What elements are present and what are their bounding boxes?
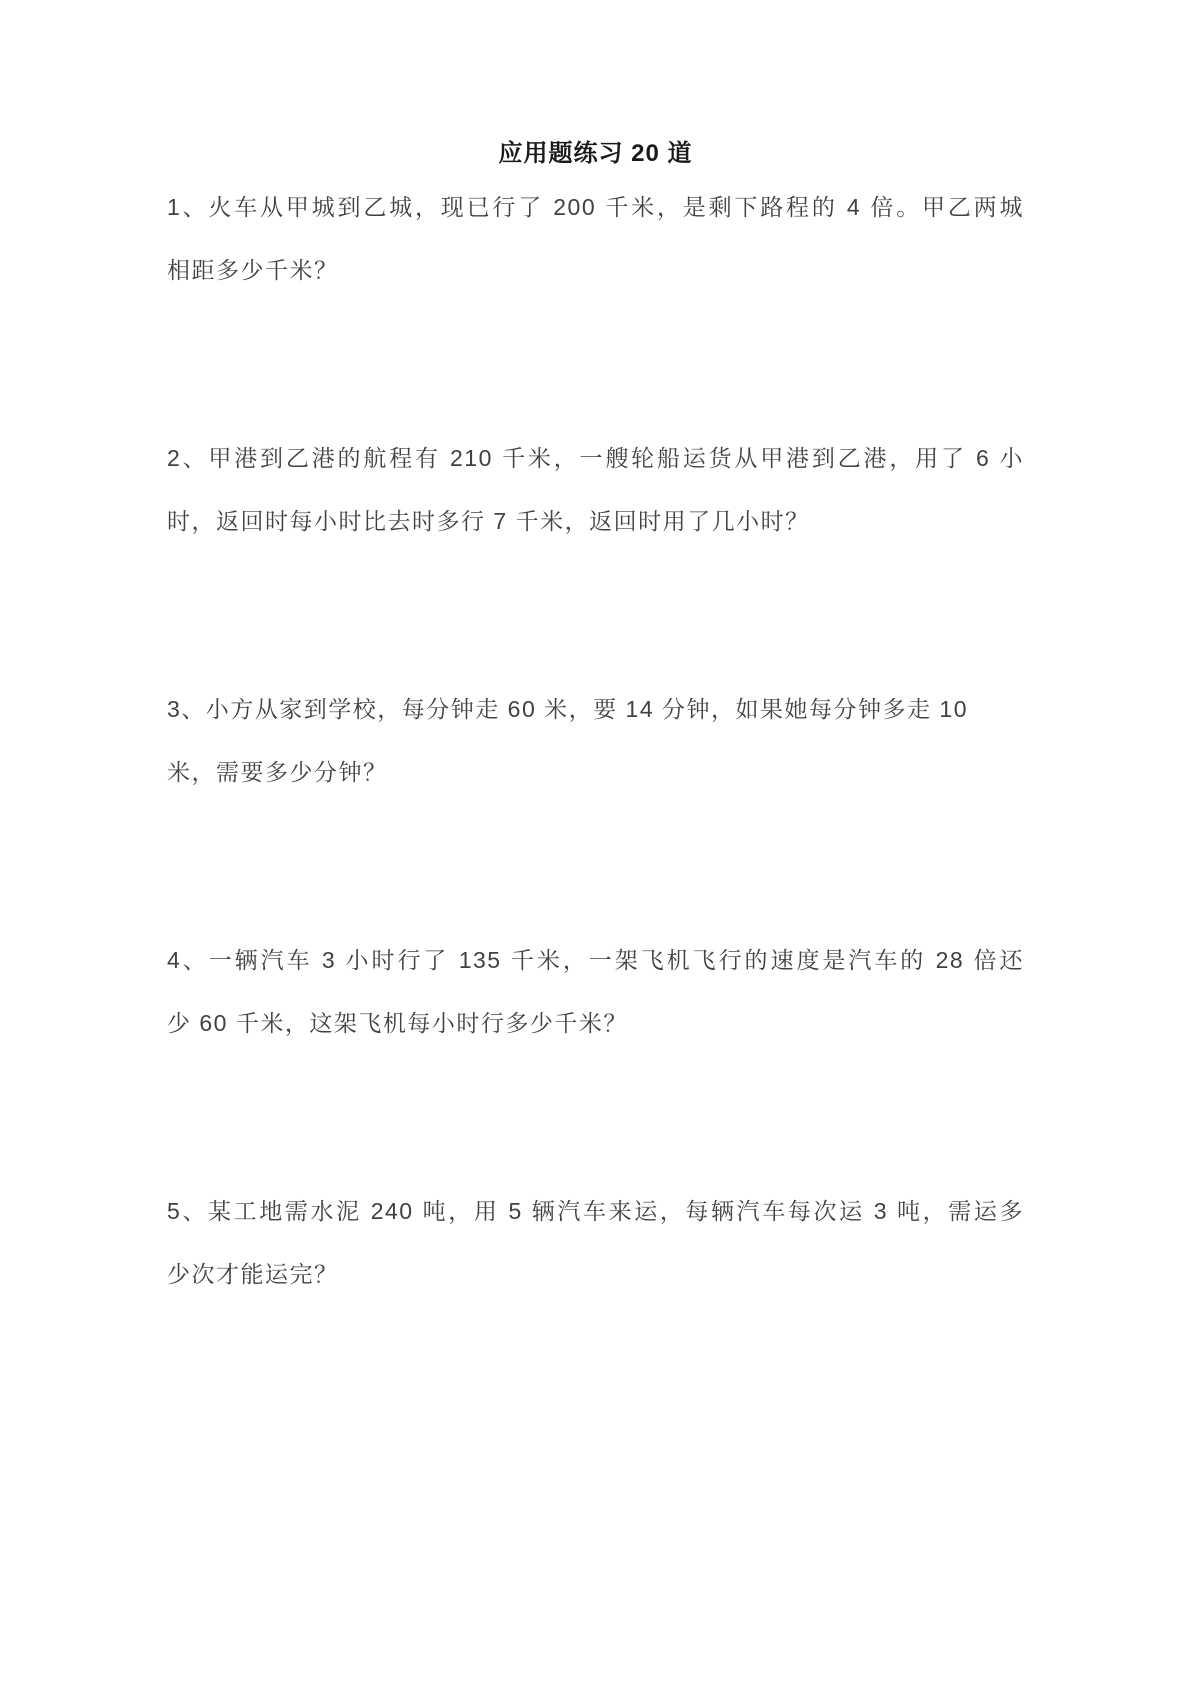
problem-2: 2、甲港到乙港的航程有 210 千米，一艘轮船运货从甲港到乙港，用了 6 小 时… bbox=[167, 427, 1024, 552]
document-title: 应用题练习 20 道 bbox=[167, 139, 1024, 169]
problem-3-line-2: 米，需要多少分钟？ bbox=[167, 741, 1024, 804]
problem-3-line-1: 3、小方从家到学校，每分钟走 60 米，要 14 分钟，如果她每分钟多走 10 bbox=[167, 678, 1024, 741]
problem-4-line-1: 4、一辆汽车 3 小时行了 135 千米，一架飞机飞行的速度是汽车的 28 倍还 bbox=[167, 929, 1024, 992]
problem-5-line-2: 少次才能运完？ bbox=[167, 1243, 1024, 1306]
problem-1-line-2: 相距多少千米？ bbox=[167, 239, 1024, 302]
document-content: 应用题练习 20 道 1、火车从甲城到乙城，现已行了 200 千米，是剩下路程的… bbox=[0, 139, 1191, 1305]
problem-4: 4、一辆汽车 3 小时行了 135 千米，一架飞机飞行的速度是汽车的 28 倍还… bbox=[167, 929, 1024, 1054]
problem-1: 1、火车从甲城到乙城，现已行了 200 千米，是剩下路程的 4 倍。甲乙两城 相… bbox=[167, 176, 1024, 301]
problem-5-line-1: 5、某工地需水泥 240 吨，用 5 辆汽车来运，每辆汽车每次运 3 吨，需运多 bbox=[167, 1180, 1024, 1243]
document-page: 应用题练习 20 道 1、火车从甲城到乙城，现已行了 200 千米，是剩下路程的… bbox=[0, 0, 1191, 1684]
problem-2-line-2: 时，返回时每小时比去时多行 7 千米，返回时用了几小时？ bbox=[167, 490, 1024, 553]
problem-1-line-1: 1、火车从甲城到乙城，现已行了 200 千米，是剩下路程的 4 倍。甲乙两城 bbox=[167, 176, 1024, 239]
problem-3: 3、小方从家到学校，每分钟走 60 米，要 14 分钟，如果她每分钟多走 10 … bbox=[167, 678, 1024, 803]
problem-5: 5、某工地需水泥 240 吨，用 5 辆汽车来运，每辆汽车每次运 3 吨，需运多… bbox=[167, 1180, 1024, 1305]
problem-2-line-1: 2、甲港到乙港的航程有 210 千米，一艘轮船运货从甲港到乙港，用了 6 小 bbox=[167, 427, 1024, 490]
problem-4-line-2: 少 60 千米，这架飞机每小时行多少千米？ bbox=[167, 992, 1024, 1055]
